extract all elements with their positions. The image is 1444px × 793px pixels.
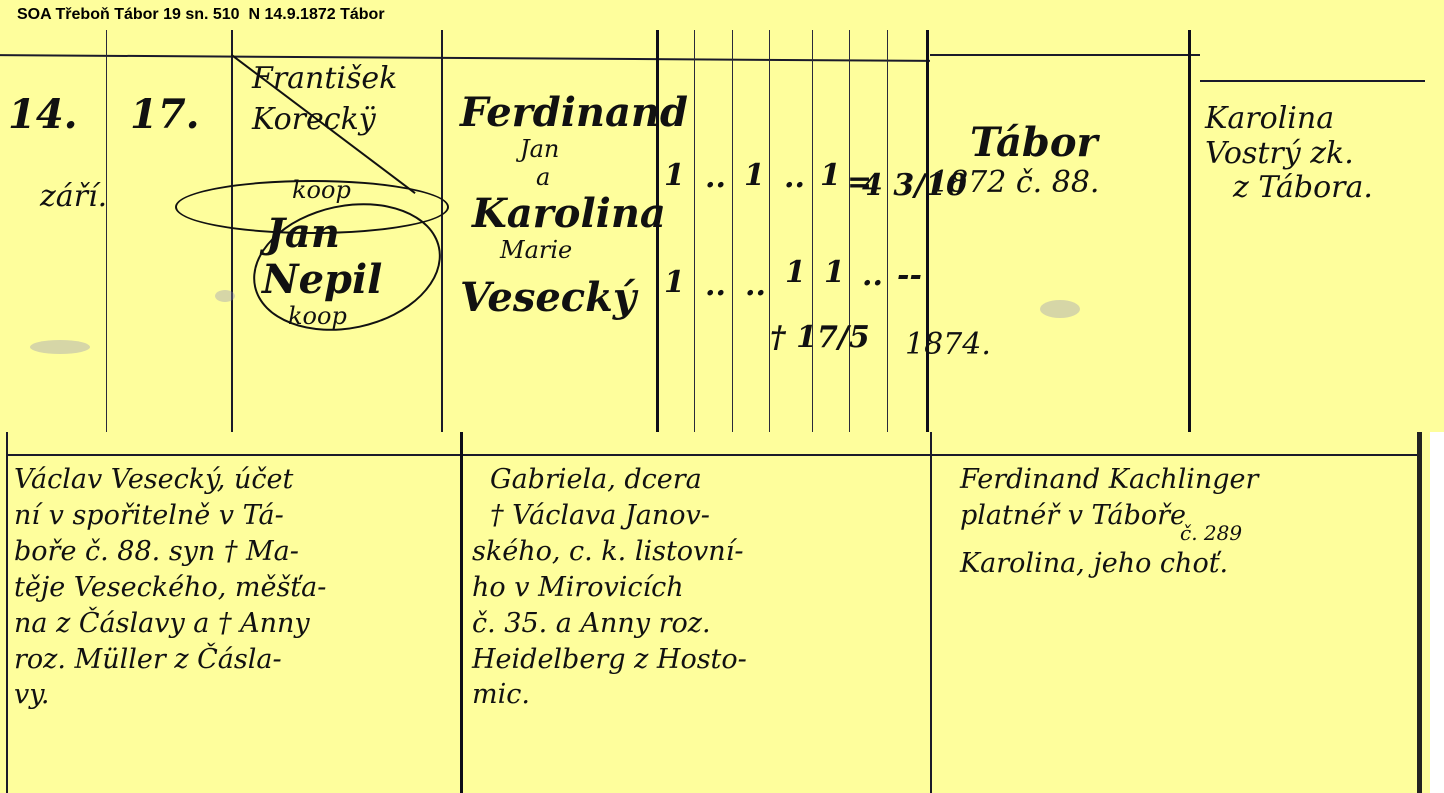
residence-cell: Tábor 1872 č. 88. [930, 120, 1099, 201]
tally-mark: 1 [820, 158, 841, 193]
column-divider [460, 432, 463, 793]
mother-line: Gabriela, dcera [490, 462, 922, 498]
midwife-line: Vostrý zk. [1205, 137, 1373, 172]
mother-cell: Gabriela, dcera † Václava Janov- ského, … [472, 462, 922, 713]
column-divider [441, 30, 443, 432]
child-name-line: Vesecký [460, 275, 688, 321]
father-cell: Václav Vesecký, účet ní v spořitelně v T… [14, 462, 454, 713]
mother-line: ského, c. k. listovní- [472, 534, 922, 570]
godparents-cell: Ferdinand Kachlinger platnéř v Táboře č.… [960, 462, 1410, 582]
father-line: vy. [14, 677, 454, 713]
child-name-line: Marie [500, 237, 688, 265]
column-divider [1188, 30, 1191, 432]
father-line: Václav Vesecký, účet [14, 462, 454, 498]
column-divider [926, 30, 929, 432]
birth-day: 17. [130, 92, 200, 138]
midwife-line: Karolina [1205, 102, 1373, 137]
birth-month: září. [40, 180, 107, 215]
entry-number: 14. [8, 92, 78, 138]
child-name-line: Jan [520, 136, 688, 164]
ink-smudge [1040, 300, 1080, 318]
child-names-cell: Ferdinand Jan a Karolina Marie Vesecký [460, 90, 688, 321]
tally-mark: .. [705, 268, 726, 303]
column-divider [930, 432, 932, 793]
row-divider [6, 454, 1418, 456]
column-divider [769, 30, 770, 432]
baptizer-line: František [252, 62, 397, 97]
midwife-line: z Tábora. [1233, 171, 1373, 206]
tally-mark: 1 [744, 158, 765, 193]
register-upper-section: 14. 17. září. František Koreckÿ koop Jan… [0, 30, 1444, 432]
scan-margin [1430, 432, 1444, 793]
tally-mark: .. [705, 160, 726, 195]
godparent-line: Karolina, jeho choť. [960, 546, 1410, 582]
father-line: těje Veseckého, měšťa- [14, 570, 454, 606]
residence-line: Tábor [970, 120, 1099, 166]
father-line: boře č. 88. syn † Ma- [14, 534, 454, 570]
godparent-house-number: č. 289 [1180, 520, 1410, 547]
column-divider [1417, 432, 1422, 793]
column-divider [812, 30, 813, 432]
mother-line: † Václava Janov- [490, 498, 922, 534]
column-divider [6, 432, 8, 793]
column-divider [849, 30, 850, 432]
father-line: na z Čáslavy a † Anny [14, 606, 454, 642]
mother-line: ho v Mirovicích [472, 570, 922, 606]
tally-mark: 1 [664, 158, 685, 193]
residence-line: 1872 č. 88. [930, 166, 1099, 201]
column-divider [694, 30, 695, 432]
document-caption: SOA Třeboň Tábor 19 sn. 510 N 14.9.1872 … [17, 6, 385, 24]
column-divider [732, 30, 733, 432]
row-divider [930, 54, 1200, 56]
ink-smudge [30, 340, 90, 354]
tally-mark: .. [784, 160, 805, 195]
column-divider [231, 30, 233, 432]
death-date-note: † 17/5 [770, 320, 870, 355]
register-lower-section: Václav Vesecký, účet ní v spořitelně v T… [0, 432, 1430, 793]
father-line: roz. Müller z Čásla- [14, 642, 454, 678]
father-line: ní v spořitelně v Tá- [14, 498, 454, 534]
tally-mark: 1 [785, 255, 806, 290]
midwife-cell: Karolina Vostrý zk. z Tábora. [1205, 102, 1373, 206]
mother-line: č. 35. a Anny roz. [472, 606, 922, 642]
mother-line: Heidelberg z Hosto- [472, 642, 922, 678]
baptizer-line: Koreckÿ [252, 103, 397, 138]
row-divider [0, 54, 930, 62]
column-divider [106, 30, 107, 432]
godparent-line: Ferdinand Kachlinger [960, 462, 1410, 498]
tally-mark: .. [862, 258, 883, 293]
row-divider [1200, 80, 1425, 82]
column-divider [887, 30, 888, 432]
child-name-line: Karolina [472, 191, 688, 237]
tally-mark: 1 [664, 265, 685, 300]
death-year: 1874. [905, 328, 991, 363]
tally-mark: 1 [824, 255, 845, 290]
child-name-line: Ferdinand [460, 90, 688, 136]
ink-smudge [215, 290, 235, 302]
tally-mark: .. [745, 268, 766, 303]
mother-line: mic. [472, 677, 922, 713]
loop-annotation [175, 180, 449, 234]
tally-mark: -- [897, 258, 922, 293]
